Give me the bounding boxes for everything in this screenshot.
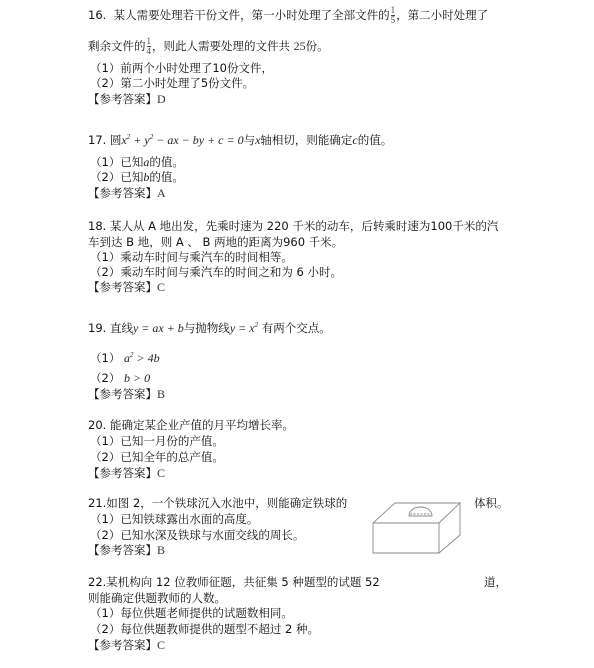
fraction-one-fifth: 15 — [391, 6, 396, 25]
q18-condition-2: （2）乘动车时间与乘汽车的时间之和为 6 小时。 — [90, 265, 342, 279]
fraction-one-fourth: 14 — [147, 37, 152, 56]
circle-equation: x2 + y2 − ax − by + c = 0 — [121, 133, 243, 147]
q17-answer: 【参考答案】A — [88, 186, 166, 200]
q18-answer: 【参考答案】C — [88, 280, 165, 294]
q21-stem-end: 体积。 — [474, 496, 509, 510]
q16-text: ，则此人需要处理的文件共 — [152, 39, 290, 53]
q18-stem-line2: 车到达 B 地，则 A 、 B 两地的距离为960 千米。 — [88, 235, 343, 249]
q16-stem-line1: 16. 某人需要处理若干份文件，第一小时处理了全部文件的15，第二小时处理了 — [88, 6, 488, 25]
q21-condition-2: （2）已知水深及铁球与水面交线的周长。 — [90, 528, 304, 542]
q17-condition-2: （2）已知b的值。 — [90, 170, 184, 184]
q20-condition-1: （1）已知一月份的产值。 — [90, 434, 224, 448]
q22-stem-line1: 22.某机构向 12 位教师征题，共征集 5 种题型的试题 52 — [88, 575, 380, 589]
q21-stem: 21.如图 2，一个铁球沉入水池中，则能确定铁球的 — [88, 496, 347, 510]
q18-condition-1: （1）乘动车时间与乘汽车的时间相等。 — [90, 250, 293, 264]
q22-stem-end: 道， — [484, 575, 507, 589]
q19-condition-1: （1） a2 > 4b — [90, 348, 160, 365]
q17-text: 与 — [244, 133, 256, 147]
q20-stem: 20. 能确定某企业产值的月平均增长率。 — [88, 418, 294, 432]
q16-stem-line2: 剩余文件的14，则此人需要处理的文件共 25份。 — [88, 37, 329, 56]
q21-answer: 【参考答案】B — [88, 543, 165, 557]
q16-text: 份。 — [306, 39, 329, 53]
answer-value: D — [157, 92, 166, 106]
q16-number: 16. — [88, 8, 106, 22]
q17-text: 轴相切，则能确定 — [260, 133, 352, 147]
q17-text: 圆 — [110, 133, 122, 147]
q17-number: 17. — [88, 133, 106, 147]
q16-text: 某人需要处理若干份文件，第一小时处理了全部文件的 — [114, 8, 390, 22]
q22-stem-line2: 则能确定供题教师的人数。 — [88, 591, 226, 605]
q17-stem: 17. 圆x2 + y2 − ax − by + c = 0与x轴相切，则能确定… — [88, 130, 392, 147]
q16-value: 25 — [294, 39, 306, 53]
q16-answer: 【参考答案】D — [88, 92, 166, 106]
q19-answer: 【参考答案】B — [88, 387, 165, 401]
figure-2-box-with-sphere — [368, 496, 468, 558]
q22-condition-1: （1）每位供题老师提供的试题数相同。 — [90, 606, 293, 620]
q16-condition-2: （2）第二小时处理了5份文件。 — [90, 76, 254, 90]
q17-condition-1: （1）已知a的值。 — [90, 155, 184, 169]
q17-text: 的值。 — [358, 133, 393, 147]
answer-label: 【参考答案】 — [88, 92, 157, 106]
q20-answer: 【参考答案】C — [88, 466, 165, 480]
q22-answer: 【参考答案】C — [88, 638, 165, 652]
q16-condition-1: （1）前两个小时处理了10份文件， — [90, 61, 273, 75]
q19-stem: 19. 直线y = ax + b与抛物线y = x2 有两个交点。 — [88, 318, 331, 335]
q20-condition-2: （2）已知全年的总产值。 — [90, 450, 224, 464]
q16-text: 剩余文件的 — [88, 39, 146, 53]
q19-condition-2: （2） b > 0 — [90, 371, 150, 385]
q16-text: ，第二小时处理了 — [396, 8, 488, 22]
q18-stem-line1: 18. 某人从 A 地出发，先乘时速为 220 千米的动车，后转乘时速为100千… — [88, 219, 498, 233]
q22-condition-2: （2）每位供题教师提供的题型不超过 2 种。 — [90, 622, 319, 636]
q21-condition-1: （1）已知铁球露出水面的高度。 — [90, 512, 258, 526]
